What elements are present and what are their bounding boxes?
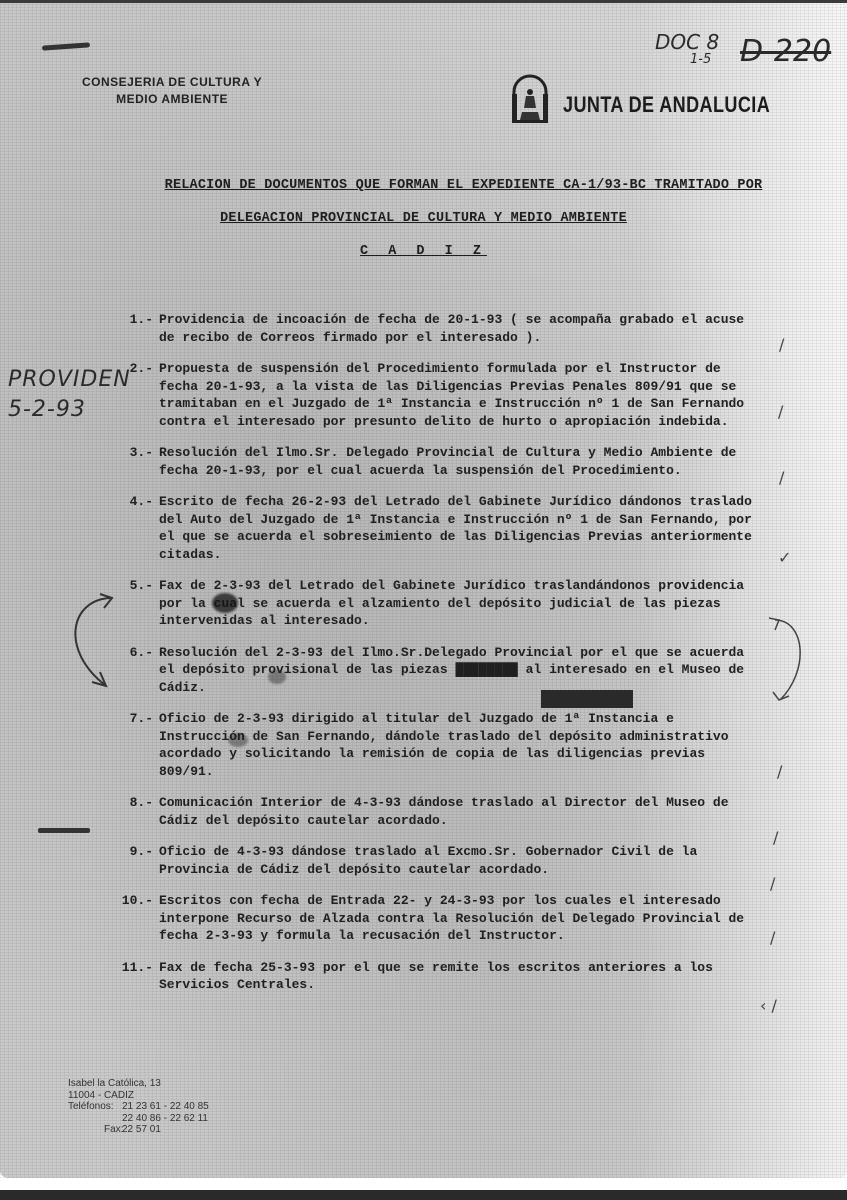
footer-postal: 11004 - CADIZ: [68, 1090, 209, 1102]
handwritten-dash-mark: [38, 828, 90, 833]
list-item: 2.-Propuesta de suspensión del Procedimi…: [115, 360, 765, 430]
department-header: CONSEJERIA DE CULTURA Y MEDIO AMBIENTE: [82, 74, 262, 108]
list-item: 3.-Resolución del Ilmo.Sr. Delegado Prov…: [115, 444, 765, 479]
document-list: 1.-Providencia de incoación de fecha de …: [115, 311, 765, 1008]
item-text: Fax de fecha 25-3-93 por el que se remit…: [159, 959, 765, 994]
item-text: Escrito de fecha 26-2-93 del Letrado del…: [159, 493, 765, 563]
item-number: 8.-: [115, 794, 159, 829]
list-item: 9.-Oficio de 4-3-93 dándose traslado al …: [115, 843, 765, 878]
list-item: 1.-Providencia de incoación de fecha de …: [115, 311, 765, 346]
list-item: 10.-Escritos con fecha de Entrada 22- y …: [115, 892, 765, 945]
check-mark-icon: /: [777, 762, 782, 781]
handwritten-doc-ref: DOC 8: [655, 30, 719, 54]
item-text: Propuesta de suspensión del Procedimient…: [159, 360, 765, 430]
footer-phones-line-1: 21 23 61 - 22 40 85: [122, 1101, 209, 1113]
item-number: 1.-: [115, 311, 159, 346]
ink-blot: [212, 593, 238, 613]
footer-contact: Isabel la Católica, 13 11004 - CADIZ Tel…: [68, 1078, 209, 1136]
handwritten-arrow-icon: [60, 590, 140, 700]
handwritten-doc-ref-sub: 1-5: [690, 52, 711, 67]
list-item: 4.-Escrito de fecha 26-2-93 del Letrado …: [115, 493, 765, 563]
organization-name: JUNTA DE ANDALUCIA: [563, 92, 770, 118]
check-mark-icon: /: [779, 468, 784, 487]
item-number: 3.-: [115, 444, 159, 479]
handwritten-arrow-icon: [765, 610, 825, 710]
footer-phones-line-2: 22 40 86 - 22 62 11: [68, 1113, 209, 1125]
item-number: 9.-: [115, 843, 159, 878]
item-number: 7.-: [115, 710, 159, 780]
item-text: Oficio de 4-3-93 dándose traslado al Exc…: [159, 843, 765, 878]
list-item: 6.-Resolución del 2-3-93 del Ilmo.Sr.Del…: [115, 644, 765, 697]
footer-phone-label: Teléfonos:: [68, 1101, 122, 1113]
check-mark-icon: /: [778, 402, 783, 421]
list-item: 11.-Fax de fecha 25-3-93 por el que se r…: [115, 959, 765, 994]
redaction-box: [541, 690, 633, 708]
department-line-1: CONSEJERIA DE CULTURA Y: [82, 74, 262, 91]
item-number: 10.-: [115, 892, 159, 945]
department-line-2: MEDIO AMBIENTE: [82, 91, 262, 108]
footer-fax-label: Fax:: [104, 1124, 122, 1136]
item-number: 4.-: [115, 493, 159, 563]
document-title-line-2: DELEGACION PROVINCIAL DE CULTURA Y MEDIO…: [0, 211, 847, 226]
list-item: 8.-Comunicación Interior de 4-3-93 dándo…: [115, 794, 765, 829]
item-number: 2.-: [115, 360, 159, 430]
margin-note-line-2: 5-2-93: [8, 395, 131, 425]
footer-fax: 22 57 01: [122, 1124, 161, 1136]
check-mark-icon: /: [770, 928, 775, 947]
check-mark-icon: /: [773, 828, 778, 847]
handwritten-struck-code: D-220: [740, 34, 831, 69]
junta-andalucia-crest-icon: [510, 72, 550, 124]
ink-blot: [268, 670, 286, 684]
ink-blot: [228, 733, 248, 747]
document-title-city: C A D I Z: [0, 244, 847, 259]
item-number: 11.-: [115, 959, 159, 994]
item-text: Resolución del 2-3-93 del Ilmo.Sr.Delega…: [159, 644, 765, 697]
footer-address: Isabel la Católica, 13: [68, 1078, 209, 1090]
item-text: Oficio de 2-3-93 dirigido al titular del…: [159, 710, 765, 780]
check-mark-icon: /: [779, 335, 784, 354]
check-mark-icon: ✓: [778, 548, 791, 567]
document-title-line-1: RELACION DE DOCUMENTOS QUE FORMAN EL EXP…: [40, 178, 847, 193]
item-text: Providencia de incoación de fecha de 20-…: [159, 311, 765, 346]
check-mark-icon: /: [770, 874, 775, 893]
handwritten-margin-note: PROVIDEN 5-2-93: [8, 365, 131, 425]
footer-fax-row: Fax: 22 57 01: [68, 1124, 209, 1136]
margin-note-line-1: PROVIDEN: [8, 365, 131, 395]
check-mark-icon: ‹ /: [760, 996, 777, 1015]
item-text: Fax de 2-3-93 del Letrado del Gabinete J…: [159, 577, 765, 630]
item-text: Resolución del Ilmo.Sr. Delegado Provinc…: [159, 444, 765, 479]
item-text: Comunicación Interior de 4-3-93 dándose …: [159, 794, 765, 829]
item-text: Escritos con fecha de Entrada 22- y 24-3…: [159, 892, 765, 945]
scan-bottom-edge: [0, 1190, 847, 1200]
scan-top-edge: [0, 0, 847, 3]
footer-phones-row: Teléfonos: 21 23 61 - 22 40 85: [68, 1101, 209, 1113]
list-item: 7.-Oficio de 2-3-93 dirigido al titular …: [115, 710, 765, 780]
